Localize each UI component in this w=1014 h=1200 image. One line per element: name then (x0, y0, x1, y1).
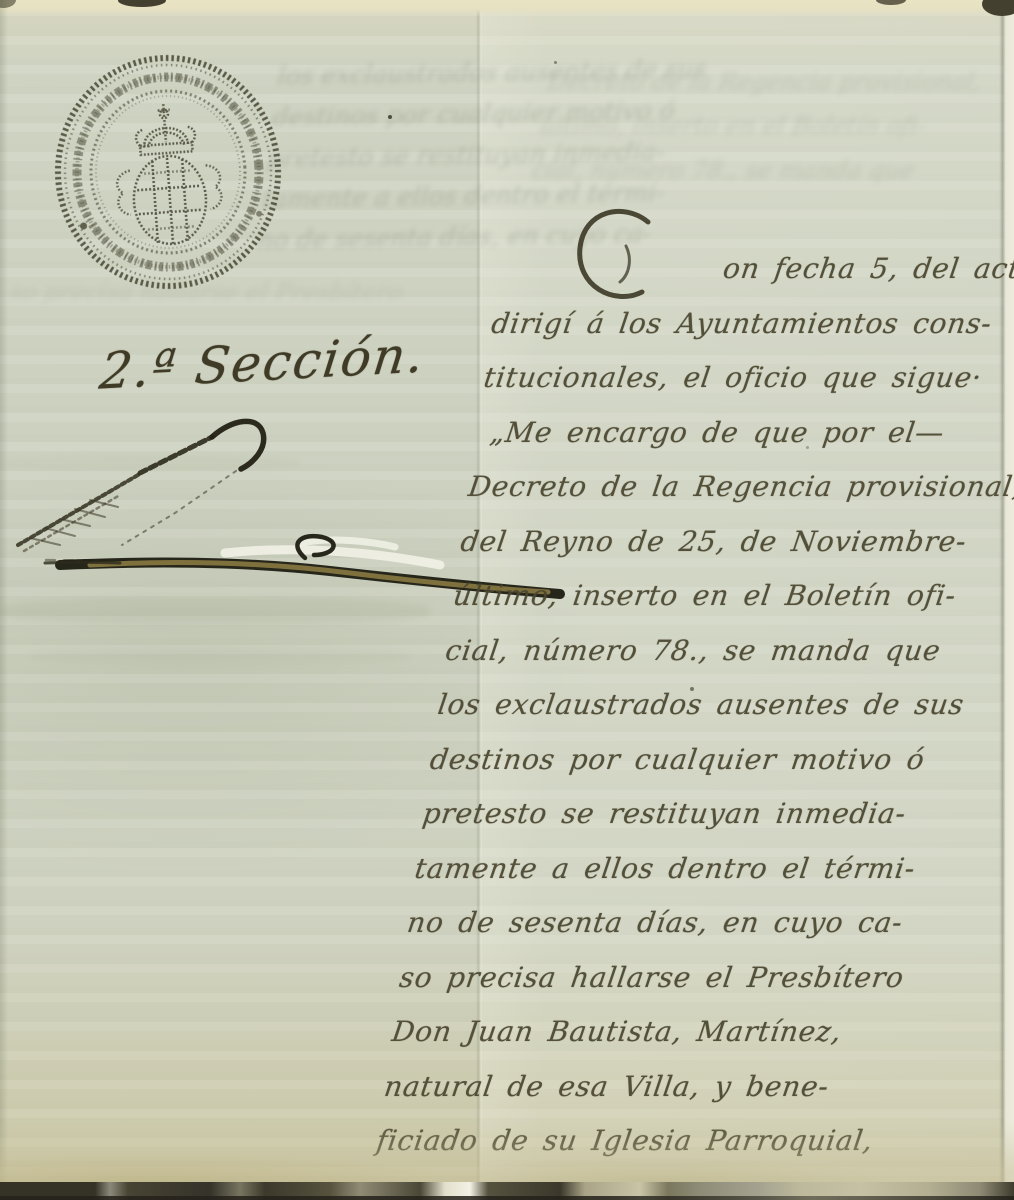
body-line: destinos por cualquier motivo ó (427, 733, 1010, 788)
ghost-line: último, inserto en el Boletín ofi- (538, 112, 928, 140)
official-seal-stamp (42, 42, 294, 302)
coat-of-arms-shield (131, 154, 209, 247)
body-line: on fecha 5, del actual (495, 242, 1014, 297)
body-line: tamente a ellos dentro el térmi- (411, 842, 994, 897)
section-heading-text: 2.ª Sección. (97, 325, 429, 400)
body-line: „Me encargo de que por el— (472, 406, 1014, 461)
paper-streak (30, 648, 410, 666)
body-line: los exclaustrados ausentes de sus (434, 678, 1014, 733)
body-line: Don Juan Bautista, Martínez, (388, 1005, 971, 1060)
bottom-edge-line (0, 1196, 1014, 1200)
body-line: so precisa hallarse el Presbítero (396, 951, 979, 1006)
body-line: cial, número 78., se manda que (442, 624, 1014, 679)
bottom-edge-discoloration (0, 1120, 1014, 1182)
body-line: pretesto se restituyan inmedia- (419, 787, 1002, 842)
body-line: del Reyno de 25, de Noviembre- (457, 515, 1014, 570)
bleed-through-text: Decreto de la Regencia provisional, últi… (528, 60, 985, 192)
letter-body: on fecha 5, del actual dirigí á los Ayun… (373, 242, 1014, 1169)
body-line: último, inserto en el Boletín ofi- (449, 569, 1014, 624)
crown-icon (134, 102, 196, 155)
document-page: los exclaustrados ausentes de sus destin… (0, 0, 1014, 1200)
body-line: natural de esa Villa, y bene- (381, 1060, 964, 1115)
body-line: dirigí á los Ayuntamientos cons- (488, 297, 1014, 352)
ghost-line: cial, número 78., se manda que (530, 156, 917, 184)
section-heading: 2.ª Sección. (97, 325, 429, 400)
body-line: Decreto de la Regencia provisional, (465, 460, 1014, 515)
body-line: no de sesenta días, en cuyo ca- (404, 896, 987, 951)
ghost-line: Decreto de la Regencia provisional, (545, 68, 983, 96)
body-line: titucionales, el oficio que sigue· (480, 351, 1014, 406)
